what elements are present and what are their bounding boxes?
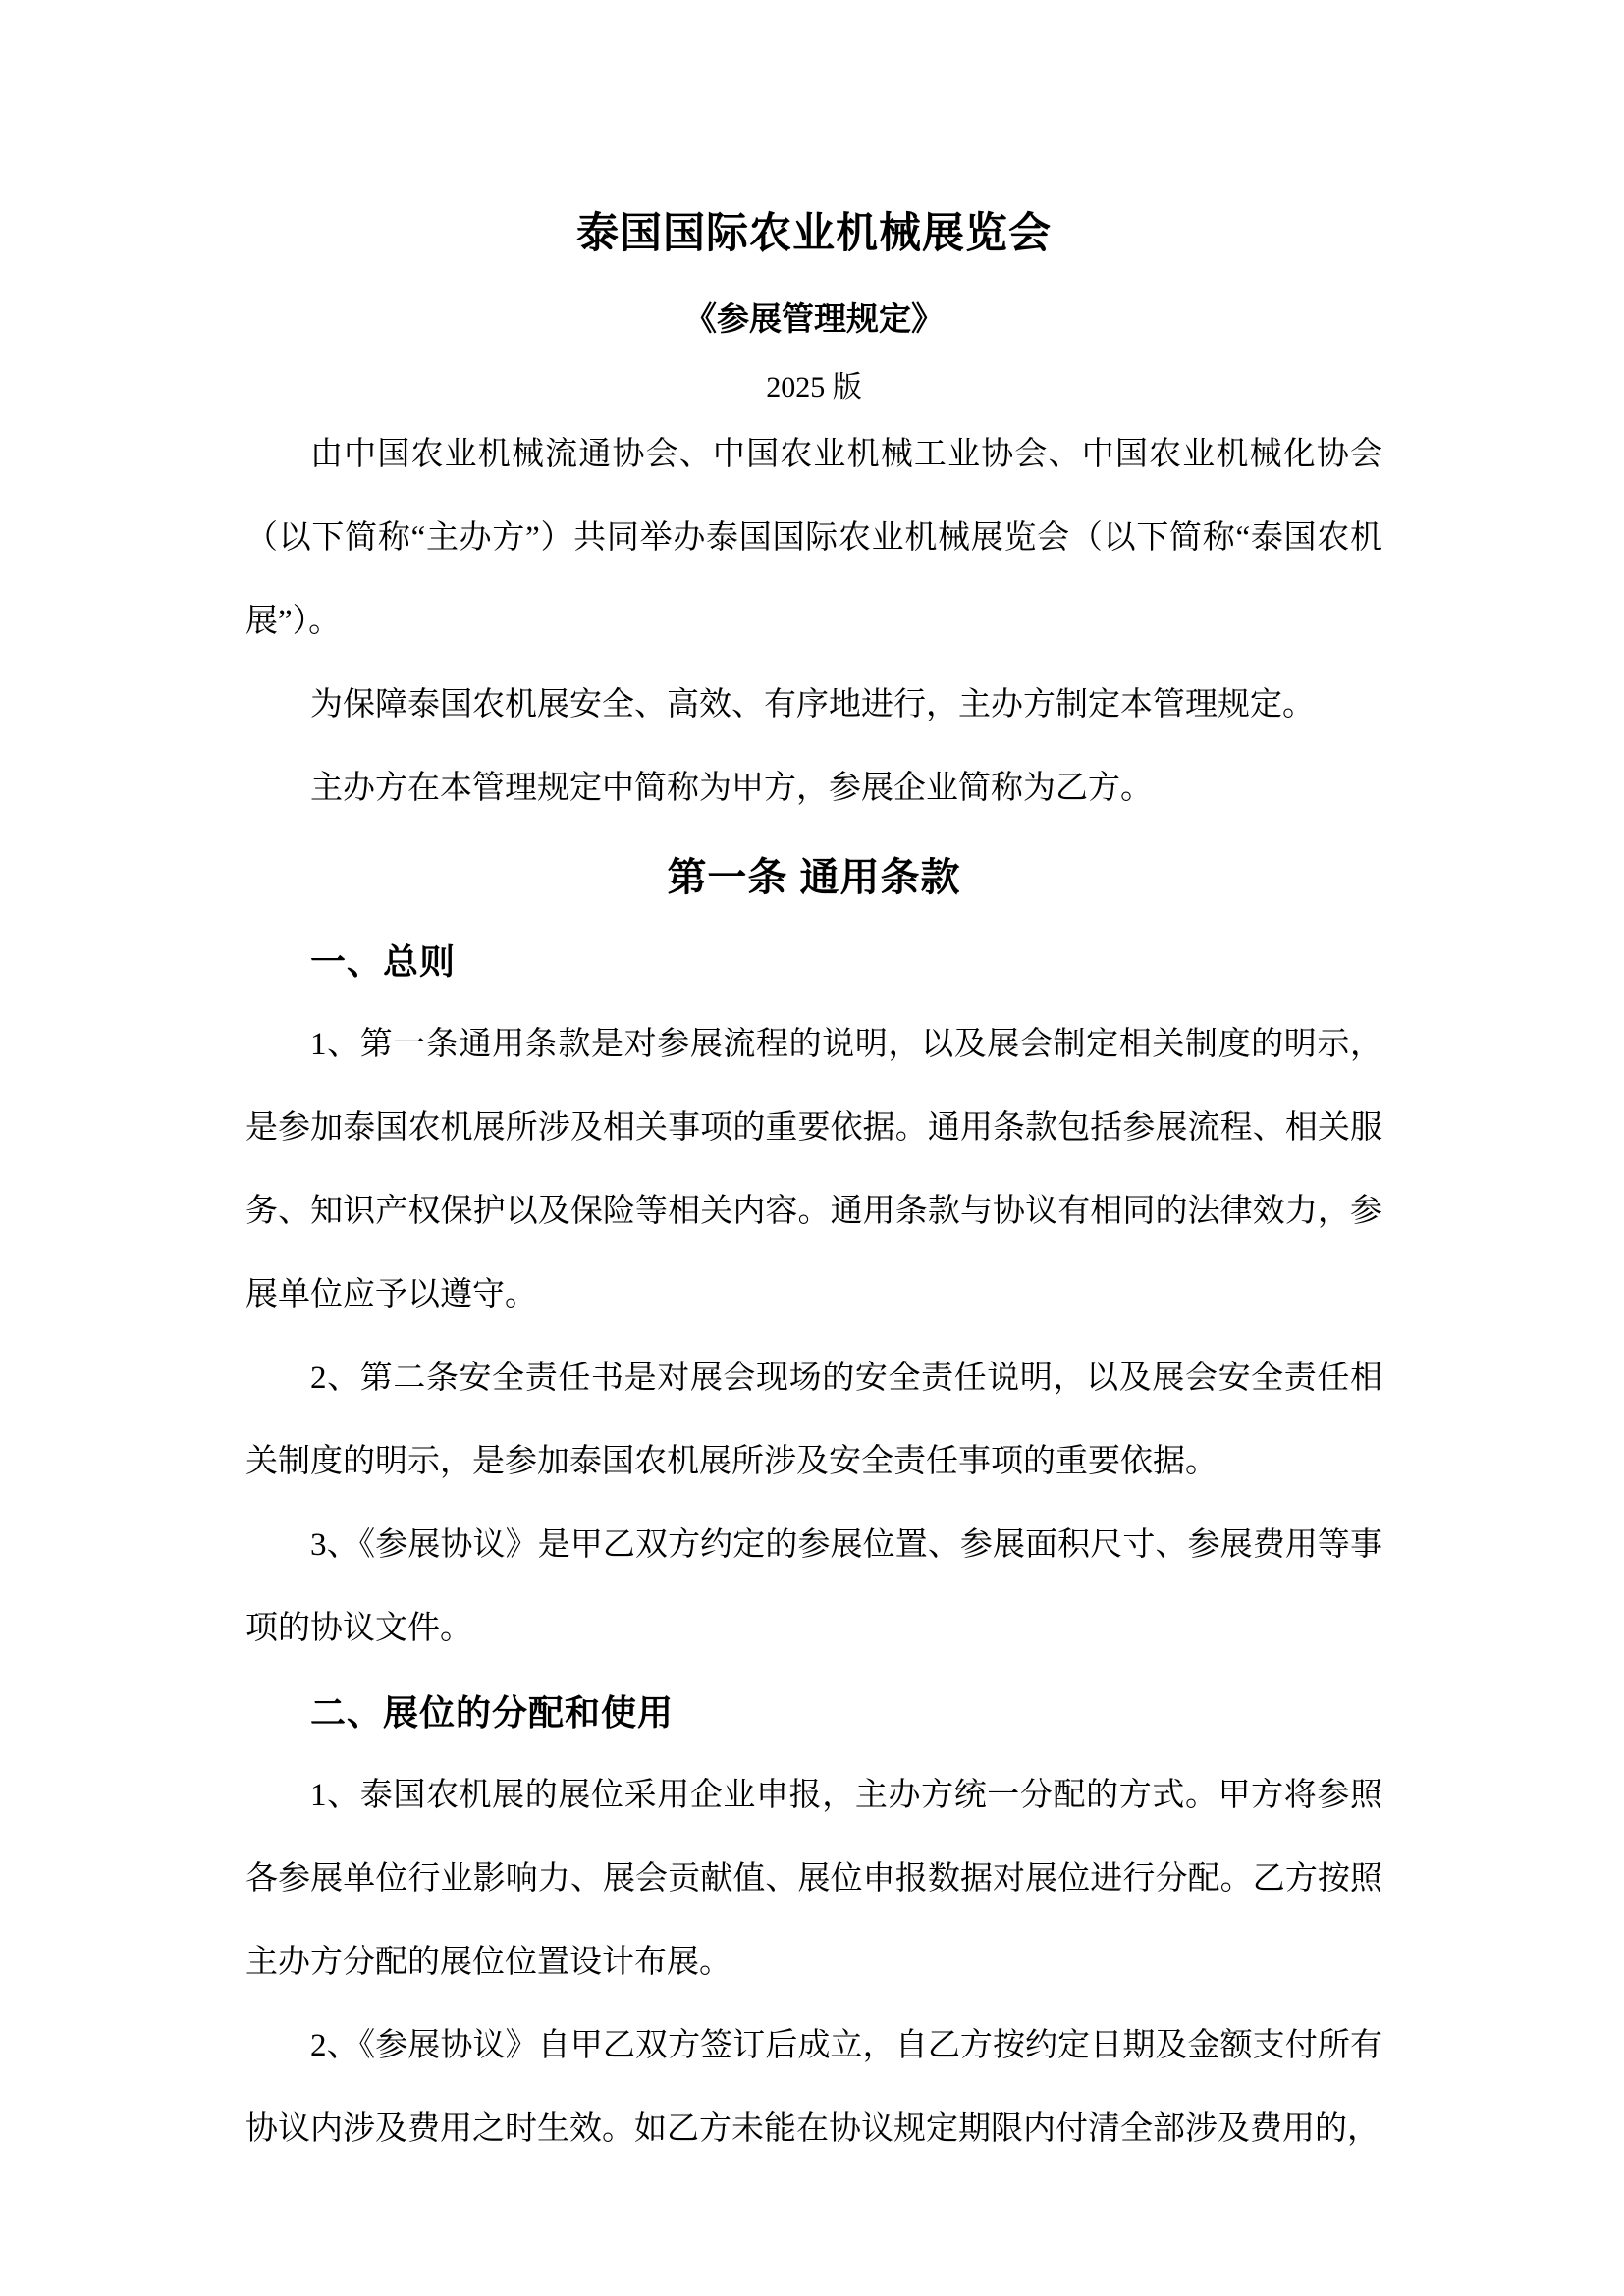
intro-paragraph-1: 由中国农业机械流通协会、中国农业机械工业协会、中国农业机械化协会（以下简称“主办… [245,413,1382,664]
section-2-paragraph-2: 2、《参展协议》自甲乙双方签订后成立，自乙方按约定日期及金额支付所有协议内涉及费… [245,2004,1382,2171]
intro-paragraph-2: 为保障泰国农机展安全、高效、有序地进行，主办方制定本管理规定。 [245,664,1382,747]
document-title: 泰国国际农业机械展览会 [245,211,1382,256]
section-1-paragraph-1: 1、第一条通用条款是对参展流程的说明，以及展会制定相关制度的明示，是参加泰国农机… [245,1003,1382,1337]
section-2-heading: 二、展位的分配和使用 [245,1671,1382,1754]
chapter-heading: 第一条 通用条款 [245,836,1382,920]
section-1-heading: 一、总则 [245,920,1382,1003]
section-1-paragraph-3: 3、《参展协议》是甲乙双方约定的参展位置、参展面积尺寸、参展费用等事项的协议文件… [245,1504,1382,1671]
document-page: 泰国国际农业机械展览会 《参展管理规定》 2025 版 由中国农业机械流通协会、… [0,0,1624,2296]
intro-paragraph-3: 主办方在本管理规定中简称为甲方，参展企业简称为乙方。 [245,747,1382,830]
section-2-paragraph-1: 1、泰国农机展的展位采用企业申报，主办方统一分配的方式。甲方将参照各参展单位行业… [245,1754,1382,2004]
version-label: 2025 版 [245,372,1382,403]
document-subtitle: 《参展管理规定》 [245,301,1382,337]
section-1-paragraph-2: 2、第二条安全责任书是对展会现场的安全责任说明，以及展会安全责任相关制度的明示，… [245,1337,1382,1504]
